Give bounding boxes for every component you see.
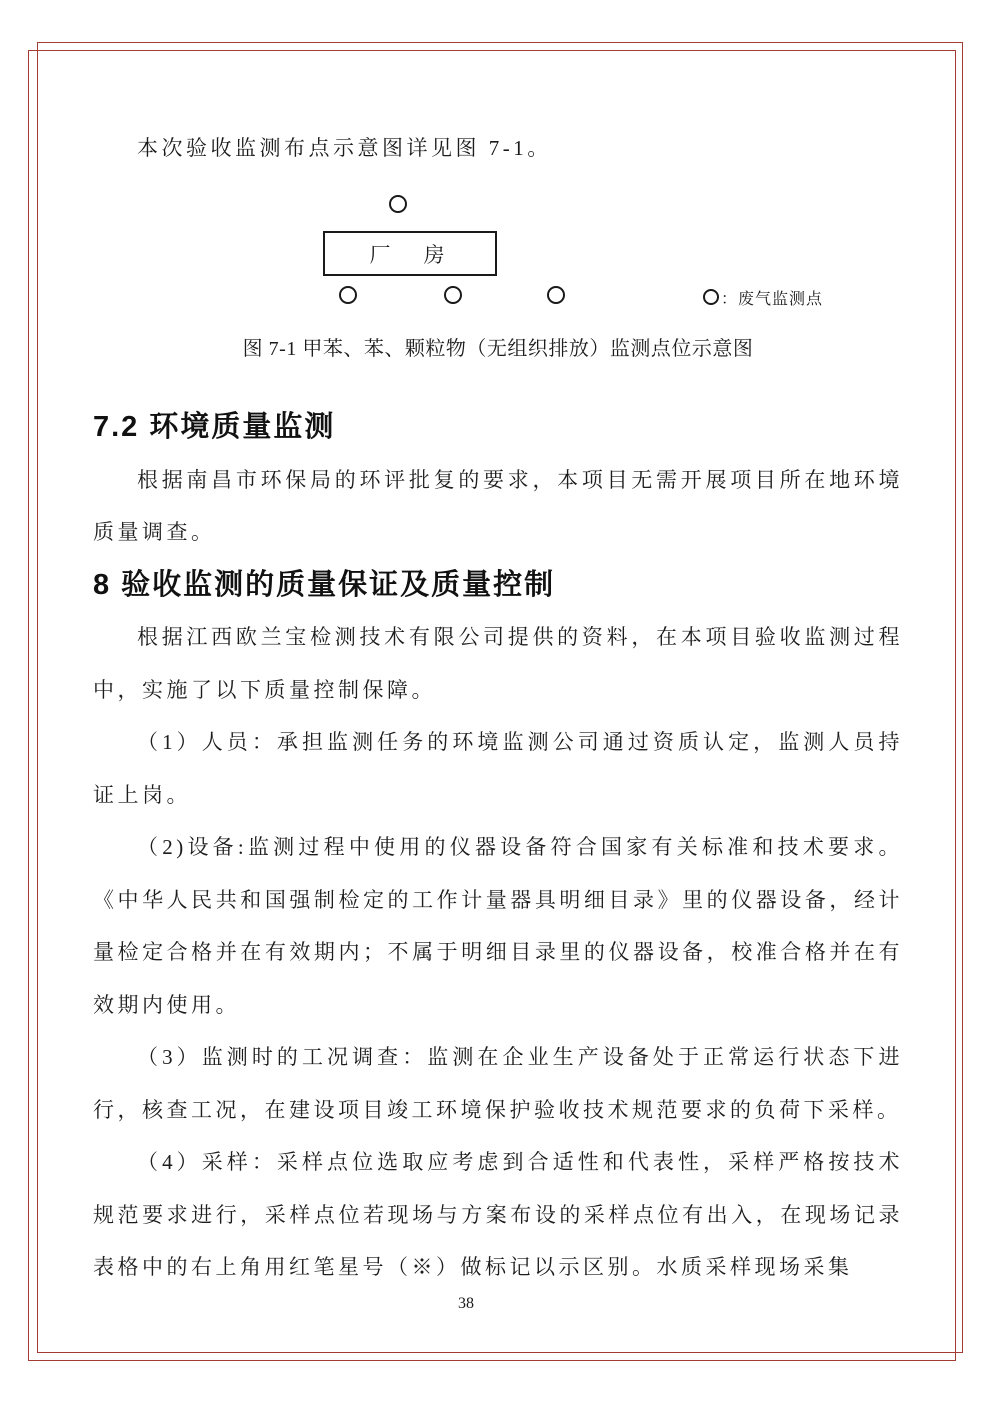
section-7-2-paragraph: 根据南昌市环保局的环评批复的要求，本项目无需开展项目所在地环境质量调查。	[93, 454, 903, 559]
section-8-intro-paragraph: 根据江西欧兰宝检测技术有限公司提供的资料，在本项目验收监测过程中，实施了以下质量…	[93, 611, 903, 716]
figure-caption: 图 7-1 甲苯、苯、颗粒物（无组织排放）监测点位示意图	[93, 336, 903, 362]
document-page: 本次验收监测布点示意图详见图 7-1。 厂 房 ：废气监测点 图 7-1 甲苯、…	[0, 0, 992, 1403]
section-8-item-1: （1）人员：承担监测任务的环境监测公司通过资质认定，监测人员持证上岗。	[93, 716, 903, 821]
page-number: 38	[0, 1295, 932, 1313]
section-8-item-2: （2)设备:监测过程中使用的仪器设备符合国家有关标准和技术要求。《中华人民共和国…	[93, 821, 903, 1031]
section-8-item-4: （4）采样：采样点位选取应考虑到合适性和代表性，采样严格按技术规范要求进行，采样…	[93, 1136, 903, 1294]
heading-section-7-2: 7.2 环境质量监测	[93, 401, 903, 454]
intro-paragraph: 本次验收监测布点示意图详见图 7-1。	[93, 122, 903, 175]
section-8-item-3: （3）监测时的工况调查：监测在企业生产设备处于正常运行状态下进行，核查工况，在建…	[93, 1031, 903, 1136]
document-body: 7.2 环境质量监测 根据南昌市环保局的环评批复的要求，本项目无需开展项目所在地…	[93, 401, 903, 1294]
heading-section-8: 8 验收监测的质量保证及质量控制	[93, 559, 903, 612]
